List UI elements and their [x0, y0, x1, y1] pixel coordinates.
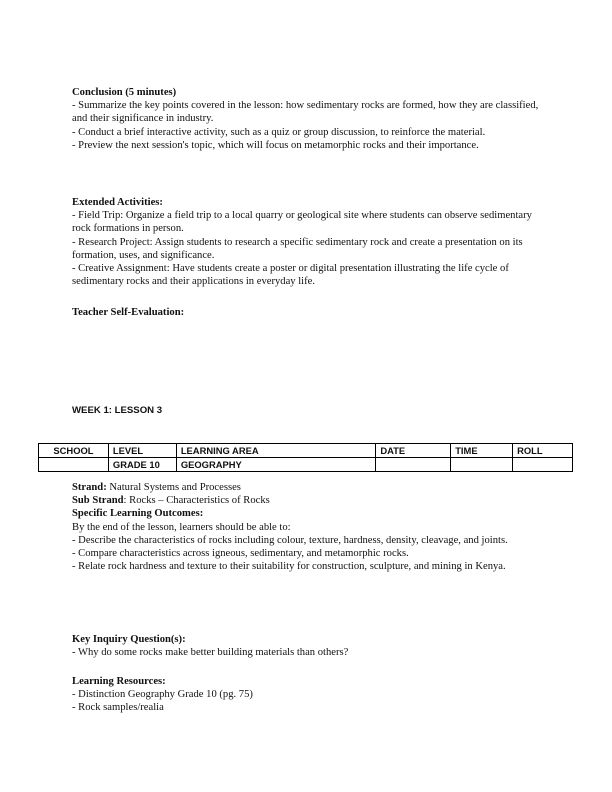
conclusion-item: - Preview the next session's topic, whic…	[72, 139, 542, 152]
cell-roll	[513, 458, 573, 472]
lesson-details-section: Strand: Natural Systems and Processes Su…	[72, 481, 542, 573]
inquiry-item: - Why do some rocks make better building…	[72, 646, 542, 659]
lesson-info-table: SCHOOL LEVEL LEARNING AREA DATE TIME ROL…	[38, 443, 573, 472]
strand-value: Natural Systems and Processes	[107, 482, 241, 493]
cell-learning-area: GEOGRAPHY	[176, 458, 376, 472]
outcome-item: - Relate rock hardness and texture to th…	[72, 560, 542, 573]
substrand-line: Sub Strand: Rocks – Characteristics of R…	[72, 494, 542, 507]
extended-activity-item: - Research Project: Assign students to r…	[72, 236, 542, 262]
extended-activities-section: Extended Activities: - Field Trip: Organ…	[72, 196, 542, 288]
cell-school	[39, 458, 109, 472]
cell-time	[451, 458, 513, 472]
outcome-item: - Compare characteristics across igneous…	[72, 547, 542, 560]
resource-item: - Rock samples/realia	[72, 701, 542, 714]
resources-section: Learning Resources: - Distinction Geogra…	[72, 675, 542, 715]
outcomes-heading: Specific Learning Outcomes:	[72, 507, 542, 520]
header-date: DATE	[376, 444, 451, 458]
table-header-row: SCHOOL LEVEL LEARNING AREA DATE TIME ROL…	[39, 444, 573, 458]
header-level: LEVEL	[108, 444, 176, 458]
cell-level: GRADE 10	[108, 458, 176, 472]
header-school: SCHOOL	[39, 444, 109, 458]
resources-heading: Learning Resources:	[72, 675, 542, 688]
strand-label: Strand:	[72, 482, 107, 493]
self-evaluation-section: Teacher Self-Evaluation:	[72, 306, 542, 319]
inquiry-section: Key Inquiry Question(s): - Why do some r…	[72, 633, 542, 659]
extended-activity-item: - Creative Assignment: Have students cre…	[72, 262, 542, 288]
conclusion-section: Conclusion (5 minutes) - Summarize the k…	[72, 86, 542, 152]
conclusion-heading: Conclusion (5 minutes)	[72, 86, 542, 99]
substrand-label: Sub Strand	[72, 495, 124, 506]
extended-activities-heading: Extended Activities:	[72, 196, 542, 209]
header-roll: ROLL	[513, 444, 573, 458]
header-time: TIME	[451, 444, 513, 458]
resource-item: - Distinction Geography Grade 10 (pg. 75…	[72, 688, 542, 701]
substrand-value: : Rocks – Characteristics of Rocks	[124, 495, 270, 506]
table-row: GRADE 10 GEOGRAPHY	[39, 458, 573, 472]
inquiry-heading: Key Inquiry Question(s):	[72, 633, 542, 646]
outcomes-intro: By the end of the lesson, learners shoul…	[72, 521, 542, 534]
strand-line: Strand: Natural Systems and Processes	[72, 481, 542, 494]
outcome-item: - Describe the characteristics of rocks …	[72, 534, 542, 547]
header-learning-area: LEARNING AREA	[176, 444, 376, 458]
extended-activity-item: - Field Trip: Organize a field trip to a…	[72, 209, 542, 235]
conclusion-item: - Conduct a brief interactive activity, …	[72, 126, 542, 139]
cell-date	[376, 458, 451, 472]
lesson-title: WEEK 1: LESSON 3	[72, 405, 162, 416]
self-evaluation-heading: Teacher Self-Evaluation:	[72, 306, 542, 319]
conclusion-item: - Summarize the key points covered in th…	[72, 99, 542, 125]
